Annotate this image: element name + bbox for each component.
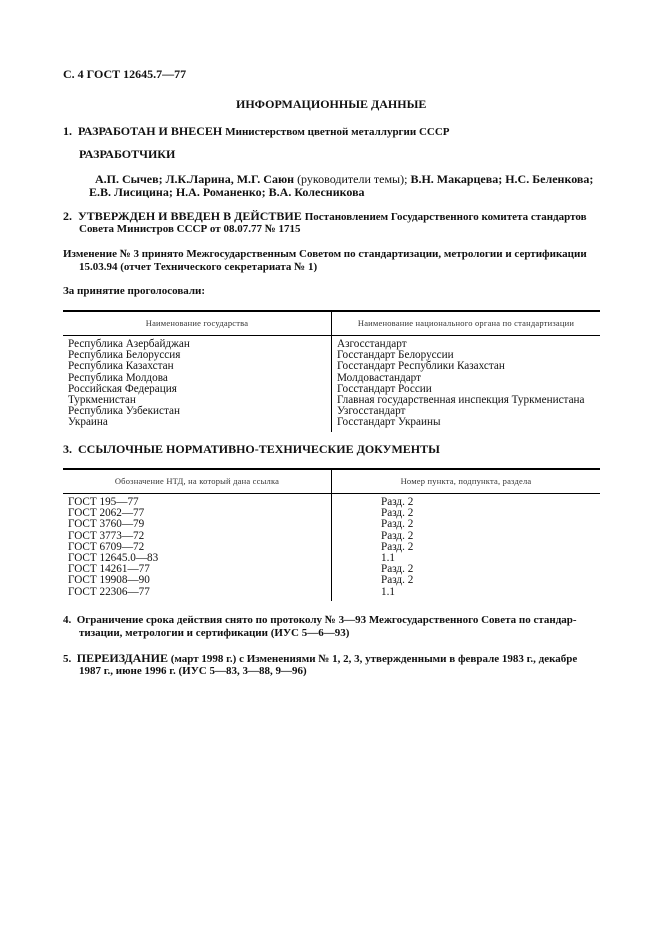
table-cell-document: ГОСТ 19908—90 — [68, 575, 158, 586]
amendment-line-1: Изменение № 3 принято Межгосударственным… — [63, 248, 587, 261]
table-cell-organ: Госстандарт Украины — [337, 417, 584, 428]
section-1-number: 1. — [63, 124, 72, 138]
document-page: С. 4 ГОСТ 12645.7—77 ИНФОРМАЦИОННЫЕ ДАНН… — [0, 0, 661, 936]
developers-leads: А.П. Сычев; Л.К.Ларина, М.Г. Саюн — [95, 172, 294, 186]
table-column-divider — [331, 468, 332, 601]
section-2-line-1: 2. УТВЕРЖДЕН И ВВЕДЕН В ДЕЙСТВИЕ Постано… — [63, 210, 587, 224]
page-header: С. 4 ГОСТ 12645.7—77 — [63, 68, 186, 81]
developers-heading: РАЗРАБОТЧИКИ — [79, 148, 175, 161]
voted-heading: За принятие проголосовали: — [63, 285, 205, 298]
table-cell-state: Украина — [68, 417, 190, 428]
section-3-title: ССЫЛОЧНЫЕ НОРМАТИВНО-ТЕХНИЧЕСКИЕ ДОКУМЕН… — [78, 442, 440, 456]
table-cell-section: 1.1 — [381, 587, 413, 598]
section-4-text: Ограничение срока действия снято по прот… — [77, 614, 577, 626]
section-4-number: 4. — [63, 614, 71, 626]
section-2-number: 2. — [63, 209, 72, 223]
section-5-number: 5. — [63, 653, 71, 665]
amendment-line-2: 15.03.94 (отчет Технического секретариат… — [79, 261, 317, 274]
section-5-lead: ПЕРЕИЗДАНИЕ — [77, 651, 168, 665]
section-2-line-2: Совета Министров СССР от 08.07.77 № 1715 — [79, 223, 301, 236]
table-cell-section: Разд. 2 — [381, 519, 413, 530]
table-cell-state: Республика Казахстан — [68, 361, 190, 372]
table-cell-document: ГОСТ 22306—77 — [68, 587, 158, 598]
table-cell-document: ГОСТ 3760—79 — [68, 519, 158, 530]
section-4-line-1: 4. Ограничение срока действия снято по п… — [63, 614, 577, 627]
state-column: Республика Азербайджан Республика Белору… — [68, 339, 190, 429]
section-column: Разд. 2 Разд. 2 Разд. 2 Разд. 2 Разд. 2 … — [381, 497, 413, 598]
table-header-document: Обозначение НТД, на который дана ссылка — [63, 476, 331, 486]
table-cell-organ: Госстандарт Республики Казахстан — [337, 361, 584, 372]
section-1-text: Министерством цветной металлургии СССР — [225, 126, 449, 138]
organ-column: Азгосстандарт Госстандарт Белоруссии Гос… — [337, 339, 584, 429]
section-3-heading: 3. ССЫЛОЧНЫЕ НОРМАТИВНО-ТЕХНИЧЕСКИЕ ДОКУ… — [63, 443, 440, 456]
developers-role: (руководители темы); — [297, 172, 407, 186]
section-1: 1. РАЗРАБОТАН И ВНЕСЕН Министерством цве… — [63, 125, 450, 139]
section-5-text: (март 1998 г.) с Изменениями № 1, 2, 3, … — [171, 653, 578, 665]
section-5-line-1: 5. ПЕРЕИЗДАНИЕ (март 1998 г.) с Изменени… — [63, 652, 577, 666]
table-header-section: Номер пункта, подпункта, раздела — [332, 476, 600, 486]
table-cell-section: Разд. 2 — [381, 575, 413, 586]
developers-others: В.Н. Макарцева; Н.С. Беленкова; — [410, 172, 593, 186]
section-5-line-2: 1987 г., июне 1996 г. (ИУС 5—83, 3—88, 9… — [79, 665, 307, 678]
section-3-number: 3. — [63, 442, 72, 456]
section-4-line-2: тизации, метрологии и сертификации (ИУС … — [79, 627, 349, 640]
table-header-organ: Наименование национального органа по ста… — [332, 318, 600, 328]
document-column: ГОСТ 195—77 ГОСТ 2062—77 ГОСТ 3760—79 ГО… — [68, 497, 158, 598]
table-column-divider — [331, 310, 332, 432]
page-title: ИНФОРМАЦИОННЫЕ ДАННЫЕ — [236, 98, 426, 111]
section-2-text: Постановлением Государственного комитета… — [305, 211, 587, 223]
section-2-lead: УТВЕРЖДЕН И ВВЕДЕН В ДЕЙСТВИЕ — [78, 209, 302, 223]
developers-line-2: Е.В. Лисицина; Н.А. Романенко; В.А. Коле… — [89, 186, 365, 199]
section-1-lead: РАЗРАБОТАН И ВНЕСЕН — [78, 124, 222, 138]
table-header-state: Наименование государства — [63, 318, 331, 328]
